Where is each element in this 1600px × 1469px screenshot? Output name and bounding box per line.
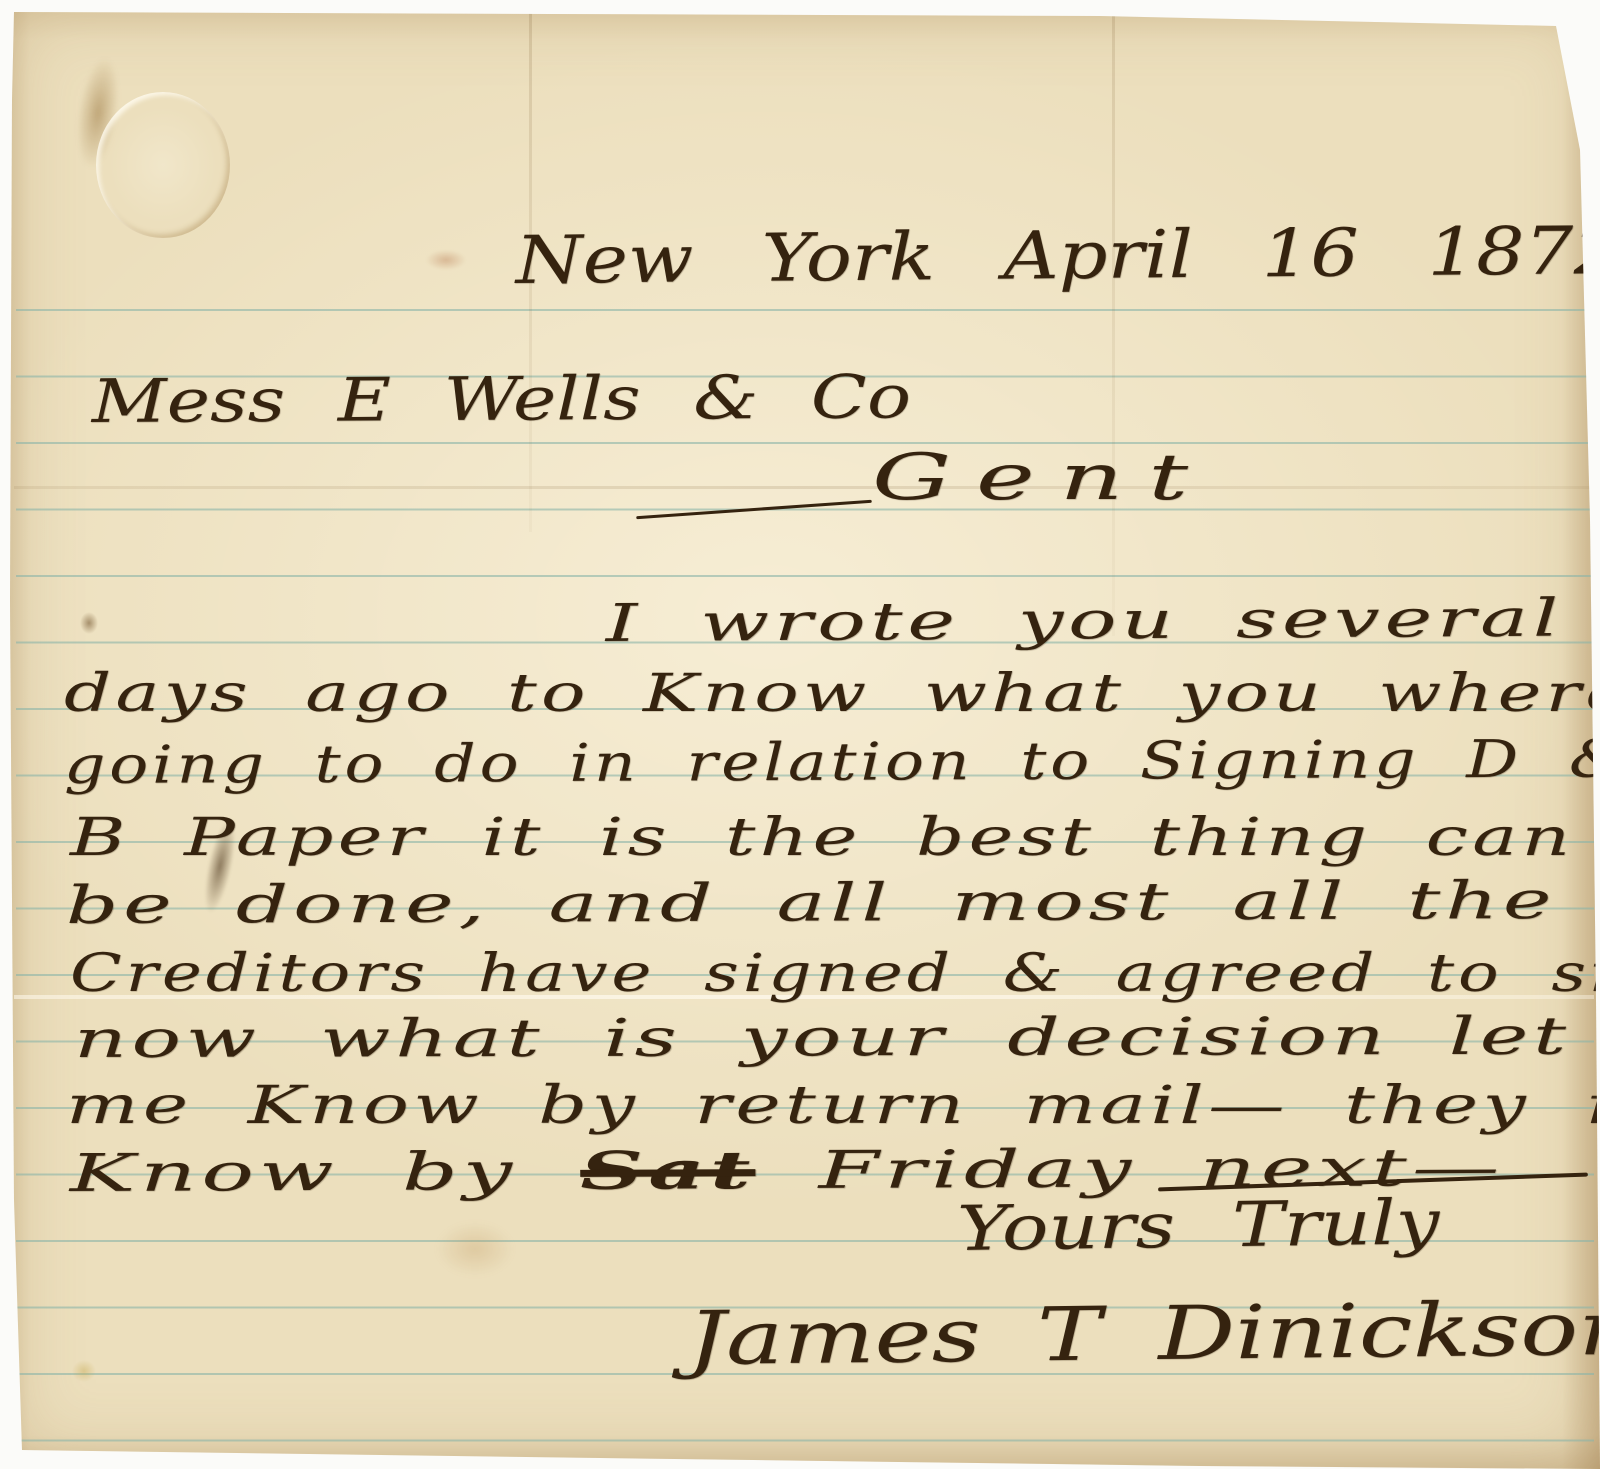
letter-body-line-8: me Know by return mail— they must [66,1080,1600,1132]
letter-body-line-5: be done, and all most all the [66,875,1557,932]
letter-salutation: Gent [872,446,1213,510]
letter-body-line-6: Creditors have signed & agreed to sign [70,948,1600,1000]
letter-paper: New York April 16 1872 Mess E Wells & Co… [0,0,1600,1469]
letter-body-line-4: B Paper it is the best thing can [70,812,1574,864]
letter-signature: James T Dinickson [687,1292,1600,1376]
embossed-seal [96,92,230,238]
letter-body-line-3: going to do in relation to Signing D &s [64,733,1600,792]
stain-brown-streak [62,35,134,191]
letter-body-line-7: now what is your decision let [74,1011,1571,1066]
scan-background: New York April 16 1872 Mess E Wells & Co… [0,0,1600,1469]
stain-red-spot [426,250,466,270]
crossed-out-word: Sat [580,1140,756,1202]
letter-body-line-2: days ago to Know what you where [64,668,1600,720]
final-line-pre: Know by [69,1142,580,1204]
letter-closing: Yours Truly [957,1191,1440,1260]
letter-body-line-1: I wrote you several [605,593,1563,650]
letter-addressee: Mess E Wells & Co [91,367,911,432]
letter-dateline: New York April 16 1872 [515,218,1600,294]
